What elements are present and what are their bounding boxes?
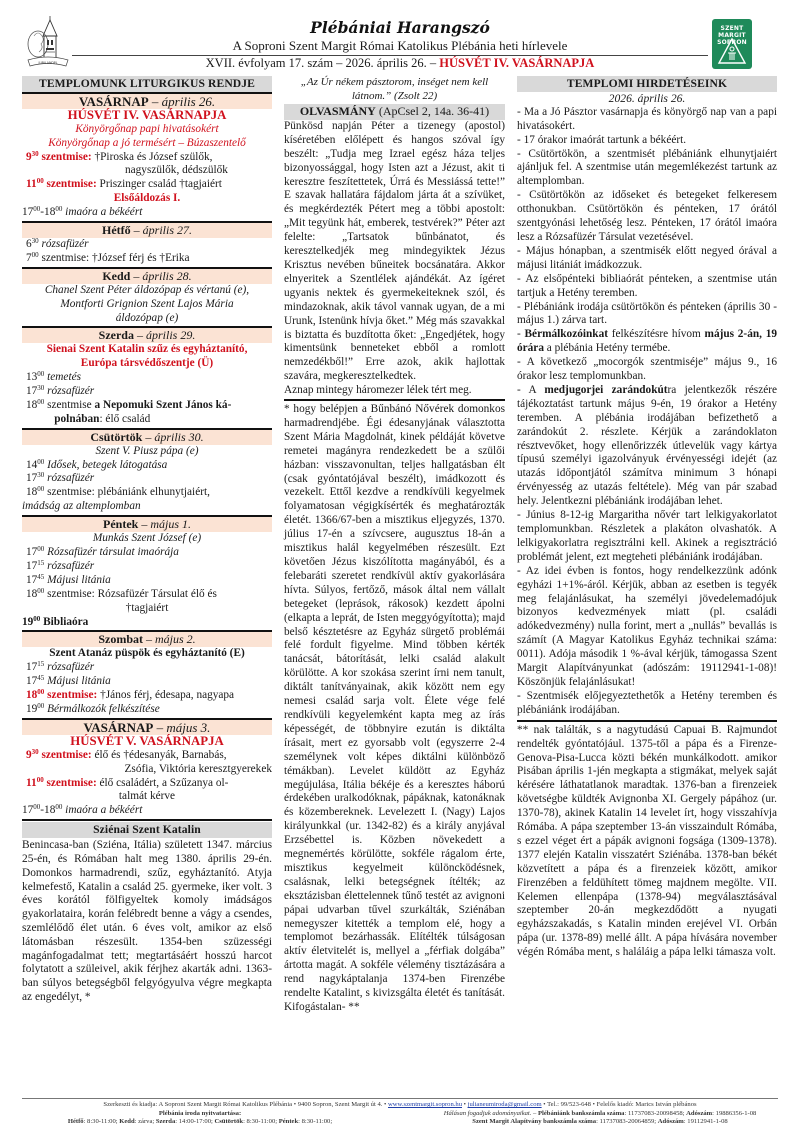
schedule-line: 1800 szentmise: Rózsafüzér Társulat élő … (22, 588, 272, 602)
text-run: 17 (22, 804, 33, 816)
text-run: VASÁRNAP (84, 720, 154, 735)
schedule-line: Montforti Grignion Szent Lajos Mária (22, 298, 272, 312)
text-run: Szerda (99, 328, 134, 342)
schedule-line: 1700 Rózsafüzér társulat imaórája (22, 546, 272, 560)
text-run: áldozópap (e) (116, 312, 178, 324)
text-run: rózsafüzér (44, 560, 94, 572)
text-run: szentmise: †József férj és †Erika (39, 252, 190, 264)
text-run: május 1. (150, 517, 191, 531)
schedule-line: 630 rózsafüzér (22, 238, 272, 252)
text-run: polnában (54, 413, 99, 425)
text-run: VASÁRNAP (79, 94, 149, 109)
schedule-line: Elsőáldozás I. (22, 192, 272, 206)
notice-item: - 17 órakor imaórát tartunk a békéért. (517, 134, 777, 148)
email-link[interactable]: julianeumiroda@gmail.com (468, 1101, 542, 1108)
day-heading: Péntek – május 1. (22, 517, 272, 532)
issue-info: XVII. évfolyam 17. szám – 2026. április … (206, 56, 440, 70)
office-hours-label: Plébánia iroda nyitvatartása: (0, 1110, 400, 1119)
schedule-line: 1730 rózsafüzér (22, 472, 272, 486)
footer-divider (22, 1098, 778, 1099)
text-run: 00 (37, 776, 44, 784)
masthead: JUBILANDPL Plébániai Harangszó A Soproni… (0, 0, 800, 72)
schedule-line: 700 szentmise: †József férj és †Erika (22, 252, 272, 266)
schedule-line: 1900 Bérmálkozók felkészítése (22, 703, 272, 717)
newsletter-subtitle: A Soproni Szent Margit Római Katolikus P… (0, 38, 800, 54)
reading-last-line: Aznap mintegy háromezer lélek tért meg. (284, 384, 505, 401)
website-link[interactable]: www.szentmargit.sopron.hu (388, 1101, 462, 1108)
text-run: - Szentmisék előjegyeztethetők a Hetény … (517, 690, 777, 716)
schedule-line: Sienai Szent Katalin szűz és egyháztanít… (22, 343, 272, 357)
notice-item: - A medjugorjei zarándokútra jelentkezők… (517, 384, 777, 509)
notice-item: - Május hónapban, a szentmisék előtt neg… (517, 245, 777, 273)
saint-biography-continued: * hogy belépjen a Bűnbánó Nővérek domonk… (284, 403, 505, 1015)
schedule-line: 1300 temetés (22, 371, 272, 385)
footer-row-2: Plébánia iroda nyitvatartása: Hálásan fo… (0, 1110, 800, 1119)
schedule-line: †tagjaiért (22, 602, 272, 616)
text-run: Európa társvédőszentje (Ü) (81, 357, 213, 369)
text-run: - Ma a Jó Pásztor vasárnapja és könyörgő… (517, 106, 777, 132)
notice-item: - Plébániánk irodája csütörtökön és pént… (517, 301, 777, 329)
footer-publisher-line: Szerkeszti és kiadja: A Soproni Szent Ma… (0, 1101, 800, 1110)
szent-margit-logo-icon: SZENT MARGIT SOPRON (712, 19, 752, 69)
reading-heading: OLVASMÁNY (ApCsel 2, 14a. 36-41) (284, 104, 505, 120)
day-heading: Szombat – május 2. (22, 632, 272, 647)
text-run: Kedd (119, 1118, 134, 1125)
text-run: 18 (26, 486, 37, 498)
notices-list: - Ma a Jó Pásztor vasárnapja és könyörgő… (517, 106, 777, 718)
text-run: április 28. (142, 269, 191, 283)
text-run: Bérmálkozóinkat (525, 328, 608, 340)
text-run: : 14:00-17:00; (175, 1118, 214, 1125)
tax1-value: : 19886356-1-08 (712, 1110, 756, 1117)
text-run: Sienai Szent Katalin szűz és egyháztanít… (47, 343, 248, 355)
text-run: Zsófia, Viktória keresztgyerekek (125, 763, 272, 775)
text-run: imádság az altemplomban (22, 500, 141, 512)
schedule-line: 1745 Májusi litánia (22, 574, 272, 588)
text-run: Szombat (98, 632, 143, 646)
contact-info: • Tel.: 99/523-648 • Felelős kiadó: Mari… (542, 1101, 697, 1108)
schedule-line: Európa társvédőszentje (Ü) (22, 357, 272, 371)
footer: Szerkeszti és kiadja: A Soproni Szent Ma… (0, 1101, 800, 1127)
text-run: Idősek, betegek látogatása (44, 459, 167, 471)
schedule-line: talmát kérve (22, 790, 272, 804)
text-run: 00 (32, 251, 39, 259)
text-run: - Június 8-12-ig Margaritha nővér tart l… (517, 509, 777, 563)
text-run: talmát kérve (119, 790, 175, 802)
text-run: 11 (26, 777, 37, 789)
tax2-value: : 19112941-1-08 (684, 1118, 728, 1125)
schedule-line: imádság az altemplomban (22, 500, 272, 514)
schedule-line: Szent V. Piusz pápa (e) (22, 445, 272, 459)
text-run: Bibliaóra (40, 616, 88, 628)
text-run: 17 (22, 206, 33, 218)
schedule-line: 1700-1800 imaóra a békéért (22, 804, 272, 818)
text-run: április 29. (146, 328, 195, 342)
text-run: Szent Atanáz püspök és egyháztanító (E) (49, 647, 245, 659)
schedule-line: 1715 rózsafüzér (22, 560, 272, 574)
text-run: Hétfő (102, 223, 131, 237)
text-run: 17 (26, 661, 37, 673)
text-run: – (149, 94, 162, 109)
text-run: 17 (26, 472, 37, 484)
text-run: rózsafüzér (39, 238, 89, 250)
text-run: szentmise (44, 399, 94, 411)
text-run: - Május hónapban, a szentmisék előtt neg… (517, 245, 777, 271)
text-run: – (134, 328, 146, 342)
text-run: a plébánia Hetény termébe. (544, 342, 670, 354)
text-run: Elsőáldozás I. (114, 192, 181, 204)
notice-item: - Bérmálkozóinkat felkészítésre hívom má… (517, 328, 777, 356)
text-run: medjugorjei zarándokút (544, 384, 667, 396)
schedule-line: 930 szentmise: †Piroska és József szülők… (22, 151, 272, 165)
text-run: Munkás Szent József (e) (93, 532, 201, 544)
text-run: - A következő „mocorgók szentmiséje” máj… (517, 356, 777, 382)
text-run: -18 (40, 206, 55, 218)
day-heading: Szerda – április 29. (22, 328, 272, 343)
text-run: - A (517, 384, 544, 396)
text-run: – (138, 517, 150, 531)
schedule-line: 1800 szentmise: †János férj, édesapa, na… (22, 689, 272, 703)
office-hours: Hétfő: 8:30-11:00; Kedd: zárva; Szerda: … (0, 1118, 400, 1127)
text-run: - Az idei évben is fontos, hogy rendelke… (517, 565, 777, 688)
text-run: rózsafüzér (44, 385, 94, 397)
text-run: felkészítésre hívom (608, 328, 705, 340)
psalm-quote: „Az Úr nékem pásztorom, inséget nem kell… (284, 76, 505, 103)
text-run: 17 (26, 574, 37, 586)
issue-line: XVII. évfolyam 17. szám – 2026. április … (0, 56, 800, 71)
schedule-line: 1745 Májusi litánia (22, 675, 272, 689)
text-run: 11 (26, 178, 37, 190)
schedule-line: Könyörgőnap papi hivatásokért (22, 123, 272, 137)
text-run: szentmise: (39, 749, 95, 761)
bank1-value: : 11737083-20098458; (624, 1110, 686, 1117)
text-run: 13 (26, 371, 37, 383)
parish-bank-info: Hálásan fogadjuk adományaikat. – Plébáni… (400, 1110, 800, 1119)
schedule-line: 1800 szentmise: plébániánk elhunytjaiért… (22, 486, 272, 500)
reading-column: „Az Úr nékem pásztorom, inséget nem kell… (284, 76, 505, 1015)
notice-item: - Június 8-12-ig Margaritha nővér tart l… (517, 509, 777, 565)
notice-item: - Ma a Jó Pásztor vasárnapja és könyörgő… (517, 106, 777, 134)
schedule-line: Könyörgőnap a jó termésért – Búzaszentel… (22, 137, 272, 151)
text-run: Bérmálkozók felkészítése (44, 703, 159, 715)
tax1-label: Adószám (686, 1110, 712, 1117)
schedule-line: 930 szentmise: élő és †édesanyák, Barnab… (22, 749, 272, 763)
text-run: Hétfő (68, 1118, 84, 1125)
text-run: Csütörtök (214, 1118, 243, 1125)
schedule-line: áldozópap (e) (22, 312, 272, 326)
text-run: Priszinger család †tagjaiért (100, 178, 222, 190)
text-run: 18 (26, 588, 37, 600)
text-run: Könyörgőnap papi hivatásokért (75, 123, 218, 135)
text-run: imaóra a békéért (62, 206, 142, 218)
schedule-line: HÚSVÉT V. VASÁRNAPJA (22, 735, 272, 749)
donation-note: Hálásan fogadjuk adományaikat. – (444, 1110, 538, 1117)
text-run: 17 (26, 546, 37, 558)
text-run: április 26. (162, 94, 215, 109)
schedule-line: Chanel Szent Péter áldozópap és vértanú … (22, 284, 272, 298)
footer-row-3: Hétfő: 8:30-11:00; Kedd: zárva; Szerda: … (0, 1118, 800, 1127)
text-run: HÚSVÉT IV. VASÁRNAPJA (68, 108, 227, 122)
day-heading: VASÁRNAP – április 26. (22, 94, 272, 109)
text-run: Szerda (156, 1118, 175, 1125)
schedule-line: 1400 Idősek, betegek látogatása (22, 459, 272, 473)
notices-heading: TEMPLOMI HIRDETÉSEINK (517, 76, 777, 92)
foundation-bank-info: Szent Margit Alapítvány bankszámla száma… (400, 1118, 800, 1127)
text-run: 19 (22, 616, 33, 628)
schedule-line: 1800 szentmise a Nepomuki Szent János ká… (22, 399, 272, 413)
text-run: Májusi litánia (44, 574, 111, 586)
text-run: 18 (26, 399, 37, 411)
section-divider (22, 819, 272, 821)
liturgy-days: VASÁRNAP – április 26.HÚSVÉT IV. VASÁRNA… (22, 94, 272, 818)
text-run: Péntek (279, 1118, 298, 1125)
text-run: április 27. (143, 223, 192, 237)
text-run: Szent V. Piusz pápa (e) (95, 445, 198, 457)
text-run: HÚSVÉT V. VASÁRNAPJA (70, 734, 224, 748)
saint-biography: Benincasa-ban (Sziéna, Itália) született… (22, 839, 272, 1005)
schedule-line: 1100 szentmise: Priszinger család †tagja… (22, 178, 272, 192)
text-run: – (130, 269, 142, 283)
text-run: 30 (32, 237, 39, 245)
text-run: - Az elsőpénteki bibliaórát pénteken, a … (517, 273, 777, 299)
text-run: : zárva; (135, 1118, 156, 1125)
text-run: 17 (26, 675, 37, 687)
day-heading: VASÁRNAP – május 3. (22, 720, 272, 735)
text-run: május 2. (155, 632, 196, 646)
text-run: nagyszülők, dédszülők (125, 164, 228, 176)
schedule-line: polnában: élő család (22, 413, 272, 427)
text-run: : 8:30-11:00; (84, 1118, 120, 1125)
text-run: ra jelentkezők részére tájékoztatást tar… (517, 384, 777, 507)
text-run: - (517, 328, 525, 340)
text-run: 30 (32, 150, 39, 158)
schedule-line: 1715 rózsafüzér (22, 661, 272, 675)
notices-date: 2026. április 26. (517, 92, 777, 106)
liturgy-heading: TEMPLOMUNK LITURGIKUS RENDJE (22, 76, 272, 94)
text-run: szentmise: (39, 151, 95, 163)
liturgy-column: TEMPLOMUNK LITURGIKUS RENDJE VASÁRNAP – … (22, 76, 272, 1005)
schedule-line: Szent Atanáz püspök és egyháztanító (E) (22, 647, 272, 661)
text-run: imaóra a békéért (62, 804, 142, 816)
bank2-label: Szent Margit Alapítvány bankszámla száma (472, 1118, 596, 1125)
text-run: élő családért, a Szűzanya ol- (100, 777, 229, 789)
bank1-label: Plébániánk bankszámla száma (538, 1110, 624, 1117)
tax2-label: Adószám (658, 1118, 684, 1125)
text-run: rózsafüzér (44, 472, 94, 484)
schedule-line: Zsófia, Viktória keresztgyerekek (22, 763, 272, 777)
text-run: †János férj, édesapa, nagyapa (100, 689, 234, 701)
schedule-line: 1100 szentmise: élő családért, a Szűzany… (22, 777, 272, 791)
text-run: szentmise: (44, 178, 100, 190)
text-run: szentmise: (44, 777, 100, 789)
text-run: †tagjaiért (126, 602, 169, 614)
text-run: Péntek (103, 517, 138, 531)
notice-item: - Szentmisék előjegyeztethetők a Hetény … (517, 690, 777, 718)
text-run: szentmise: plébániánk elhunytjaiért, (44, 486, 210, 498)
reading-reference: (ApCsel 2, 14a. 36-41) (376, 104, 489, 118)
newsletter-title: Plébániai Harangszó (0, 18, 800, 37)
notice-item: - Az idei évben is fontos, hogy rendelke… (517, 565, 777, 690)
text-run: - 17 órakor imaórát tartunk a békéért. (517, 134, 686, 146)
text-run: Montforti Grignion Szent Lajos Mária (60, 298, 233, 310)
text-run: május 3. (166, 720, 210, 735)
reading-title: OLVASMÁNY (300, 104, 376, 118)
text-run: : 8:30-11:00; (298, 1118, 332, 1125)
text-run: – (142, 430, 154, 444)
text-run: – (143, 632, 155, 646)
notice-item: - Csütörtökön, a szentmisét plébániánk e… (517, 148, 777, 190)
text-run: 00 (37, 177, 44, 185)
text-run: - Csütörtökön, a szentmisét plébániánk e… (517, 148, 777, 188)
text-run: : 8:30-11:00; (243, 1118, 279, 1125)
section-divider (517, 720, 777, 722)
saint-biography-continued-2: ** nak találták, s a nagytudású Capuai B… (517, 724, 777, 960)
text-run: 19 (26, 703, 37, 715)
text-run: – (153, 720, 166, 735)
text-run: szentmise: (44, 689, 100, 701)
day-heading: Hétfő – április 27. (22, 223, 272, 238)
notices-column: TEMPLOMI HIRDETÉSEINK 2026. április 26. … (517, 76, 777, 960)
schedule-line: nagyszülők, dédszülők (22, 164, 272, 178)
notice-item: - A következő „mocorgók szentmiséje” máj… (517, 356, 777, 384)
text-run: szentmise: Rózsafüzér Társulat élő és (44, 588, 217, 600)
text-run: Májusi litánia (44, 675, 111, 687)
text-run: 17 (26, 385, 37, 397)
text-run: 14 (26, 459, 37, 471)
text-run: †Piroska és József szülők, (95, 151, 213, 163)
schedule-line: 1700-1800 imaóra a békéért (22, 206, 272, 220)
text-run: Chanel Szent Péter áldozópap és vértanú … (45, 284, 249, 296)
notice-item: - Az elsőpénteki bibliaórát pénteken, a … (517, 273, 777, 301)
text-run: 17 (26, 560, 37, 572)
text-run: Könyörgőnap a jó termésért – Búzaszentel… (48, 137, 246, 149)
text-run: : élő család (99, 413, 150, 425)
schedule-line: HÚSVÉT IV. VASÁRNAPJA (22, 109, 272, 123)
reading-text: Pünkösd napján Péter a tizenegy (apostol… (284, 120, 505, 384)
day-heading: Kedd – április 28. (22, 269, 272, 284)
text-run: Rózsafüzér társulat imaórája (44, 546, 179, 558)
text-run: Kedd (102, 269, 130, 283)
text-run: Csütörtök (90, 430, 142, 444)
day-heading: Csütörtök – április 30. (22, 430, 272, 445)
text-run: rózsafüzér (44, 661, 94, 673)
text-run: temetés (44, 371, 81, 383)
text-run: - Csütörtökön az időseket és betegeket f… (517, 189, 777, 243)
schedule-line: Munkás Szent József (e) (22, 532, 272, 546)
notice-item: - Csütörtökön az időseket és betegeket f… (517, 189, 777, 245)
publisher-info: Szerkeszti és kiadja: A Soproni Szent Ma… (103, 1101, 388, 1108)
saint-heading: Sziénai Szent Katalin (22, 822, 272, 838)
text-run: élő és †édesanyák, Barnabás, (95, 749, 227, 761)
text-run: - Plébániánk irodája csütörtökön és pént… (517, 301, 777, 327)
text-run: 18 (26, 689, 37, 701)
text-run (26, 413, 54, 425)
schedule-line: 1730 rózsafüzér (22, 385, 272, 399)
text-run: – (131, 223, 143, 237)
text-run: április 30. (154, 430, 203, 444)
text-run: 30 (32, 748, 39, 756)
issue-feast: HÚSVÉT IV. VASÁRNAPJA (439, 56, 594, 70)
text-run: a Nepomuki Szent János ká- (95, 399, 232, 411)
bank2-value: : 11737083-20064859; (596, 1118, 658, 1125)
text-run: -18 (40, 804, 55, 816)
schedule-line: 1900 Bibliaóra (22, 616, 272, 630)
